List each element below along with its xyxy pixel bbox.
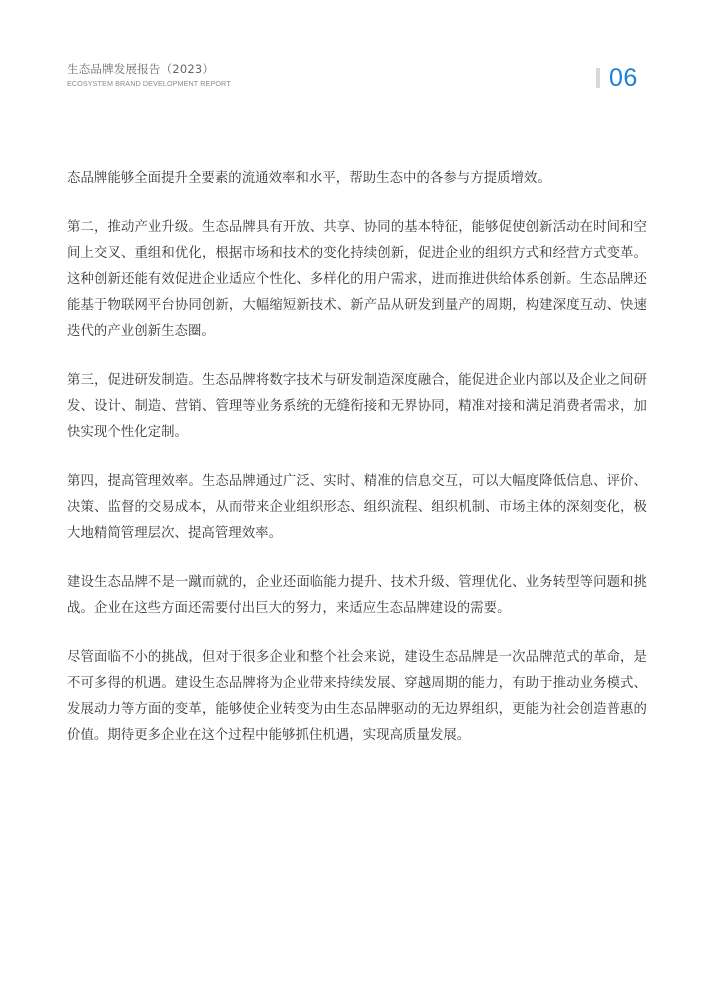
page-number: 06: [609, 66, 638, 90]
paragraph-industrial-upgrade: 第二，推动产业升级。生态品牌具有开放、共享、协同的基本特征，能够促使创新活动在时…: [67, 215, 647, 345]
paragraph-continuation: 态品牌能够全面提升全要素的流通效率和水平，帮助生态中的各参与方提质增效。: [67, 166, 647, 192]
page-number-block: 06: [596, 66, 638, 90]
paragraph-challenges: 建设生态品牌不是一蹴而就的，企业还面临能力提升、技术升级、管理优化、业务转型等问…: [67, 570, 647, 622]
body-text: 态品牌能够全面提升全要素的流通效率和水平，帮助生态中的各参与方提质增效。 第二，…: [67, 166, 647, 772]
report-title: 生态品牌发展报告（2023）: [67, 62, 231, 77]
paragraph-opportunity: 尽管面临不小的挑战，但对于很多企业和整个社会来说，建设生态品牌是一次品牌范式的革…: [67, 645, 647, 749]
paragraph-management-efficiency: 第四，提高管理效率。生态品牌通过广泛、实时、精准的信息交互，可以大幅度降低信息、…: [67, 469, 647, 547]
paragraph-rd-manufacturing: 第三，促进研发制造。生态品牌将数字技术与研发制造深度融合，能促进企业内部以及企业…: [67, 368, 647, 446]
page-number-divider: [596, 68, 600, 88]
report-header: 生态品牌发展报告（2023） ECOSYSTEM BRAND DEVELOPME…: [67, 62, 231, 89]
report-subtitle: ECOSYSTEM BRAND DEVELOPMENT REPORT: [67, 79, 231, 89]
